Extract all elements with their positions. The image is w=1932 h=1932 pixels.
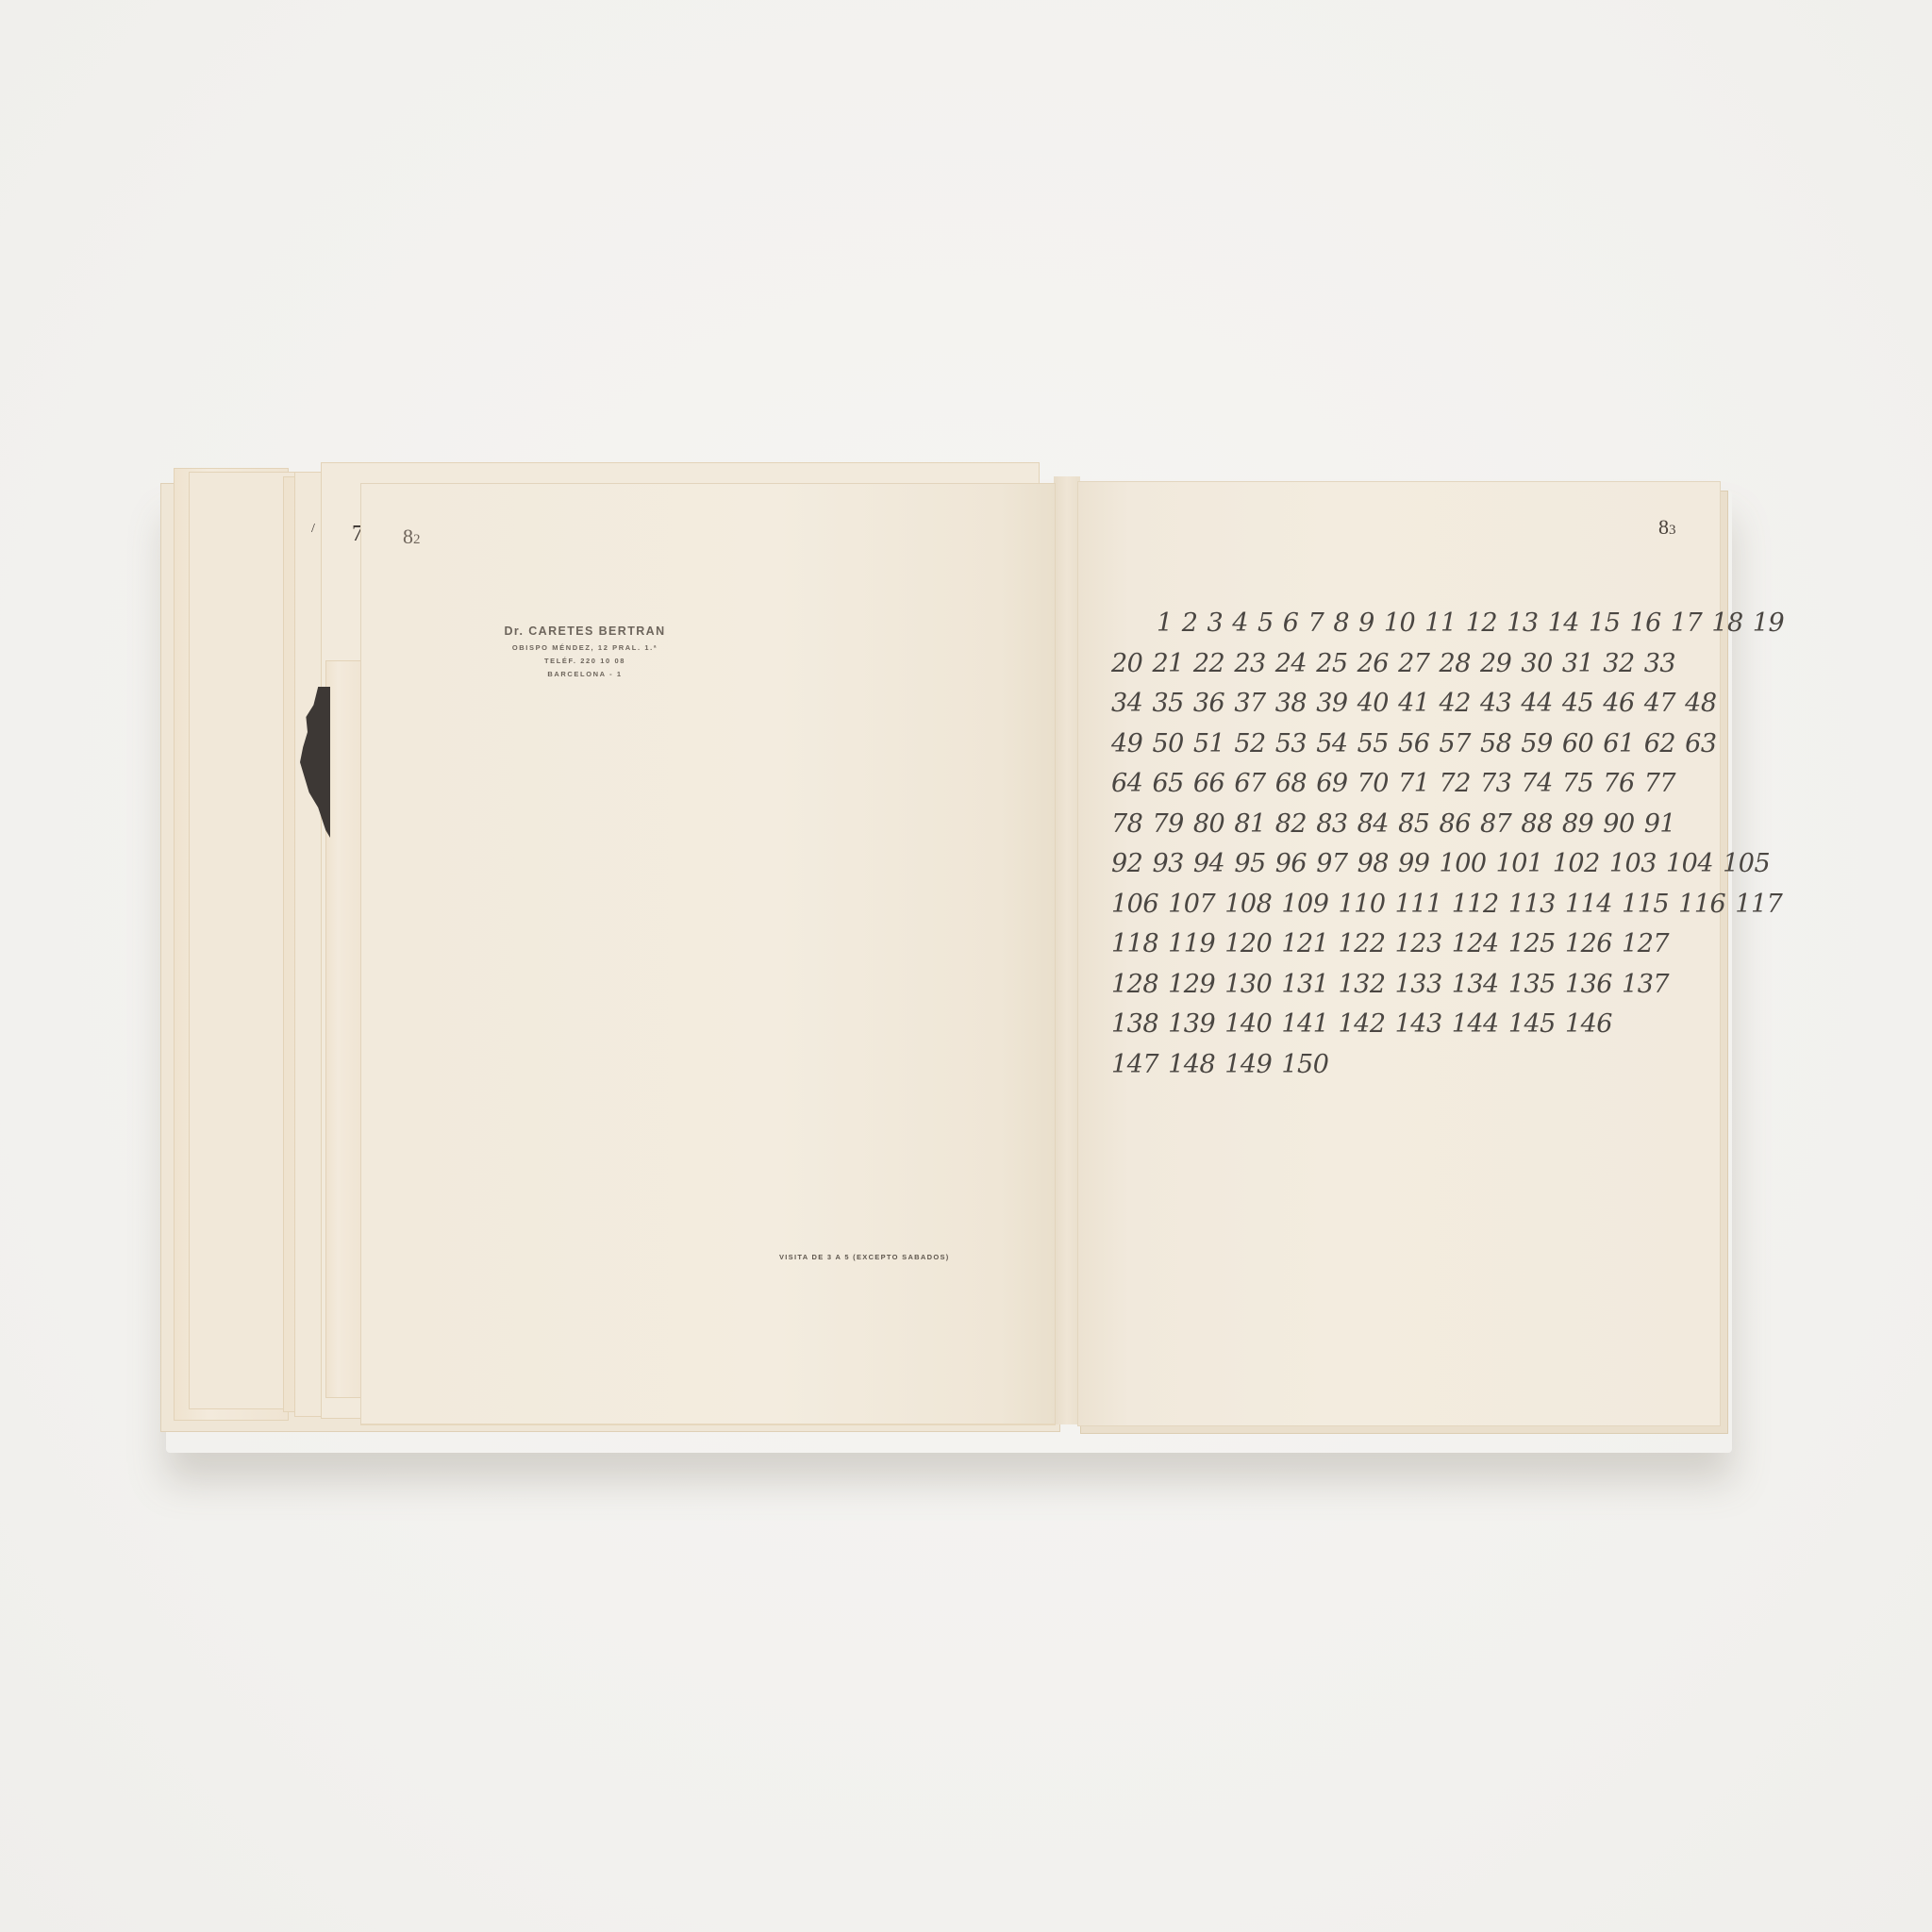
left-page xyxy=(360,483,1056,1425)
stack-mark: / xyxy=(311,522,315,537)
letterhead: Dr. CARETES BERTRAN OBISPO MÉNDEZ, 12 PR… xyxy=(481,625,689,683)
handwritten-number-list: 1 2 3 4 5 6 7 8 9 10 11 12 13 14 15 16 1… xyxy=(1111,604,1715,1085)
handwritten-row: 128 129 130 131 132 133 134 135 136 137 xyxy=(1111,965,1715,1006)
handwritten-row: 78 79 80 81 82 83 84 85 86 87 88 89 90 9… xyxy=(1111,805,1715,845)
handwritten-row: 92 93 94 95 96 97 98 99 100 101 102 103 … xyxy=(1111,844,1715,885)
handwritten-row: 1 2 3 4 5 6 7 8 9 10 11 12 13 14 15 16 1… xyxy=(1111,604,1715,644)
book-gutter xyxy=(1054,476,1080,1424)
right-page-number: 83 xyxy=(1658,515,1676,540)
left-page-number: 82 xyxy=(403,525,421,549)
handwritten-row: 118 119 120 121 122 123 124 125 126 127 xyxy=(1111,924,1715,965)
handwritten-row: 138 139 140 141 142 143 144 145 146 xyxy=(1111,1005,1715,1045)
letterhead-address: OBISPO MÉNDEZ, 12 PRAL. 1.ª xyxy=(481,643,689,652)
handwritten-row: 64 65 66 67 68 69 70 71 72 73 74 75 76 7… xyxy=(1111,764,1715,805)
handwritten-row: 49 50 51 52 53 54 55 56 57 58 59 60 61 6… xyxy=(1111,724,1715,765)
handwritten-row: 20 21 22 23 24 25 26 27 28 29 30 31 32 3… xyxy=(1111,644,1715,685)
letterhead-phone: TELÉF. 220 10 08 xyxy=(481,657,689,665)
handwritten-row: 34 35 36 37 38 39 40 41 42 43 44 45 46 4… xyxy=(1111,684,1715,724)
handwritten-row: 147 148 149 150 xyxy=(1111,1045,1715,1086)
photo-scene: / 7 82 Dr. CARETES BERTRAN OBISPO MÉNDEZ… xyxy=(0,0,1932,1932)
letterhead-name: Dr. CARETES BERTRAN xyxy=(481,625,689,638)
inserted-sheet-strip xyxy=(325,660,365,1398)
visiting-hours-note: VISITA DE 3 A 5 (EXCEPTO SABADOS) xyxy=(779,1253,950,1261)
handwritten-row: 106 107 108 109 110 111 112 113 114 115 … xyxy=(1111,885,1715,925)
letterhead-city: BARCELONA - 1 xyxy=(481,670,689,678)
